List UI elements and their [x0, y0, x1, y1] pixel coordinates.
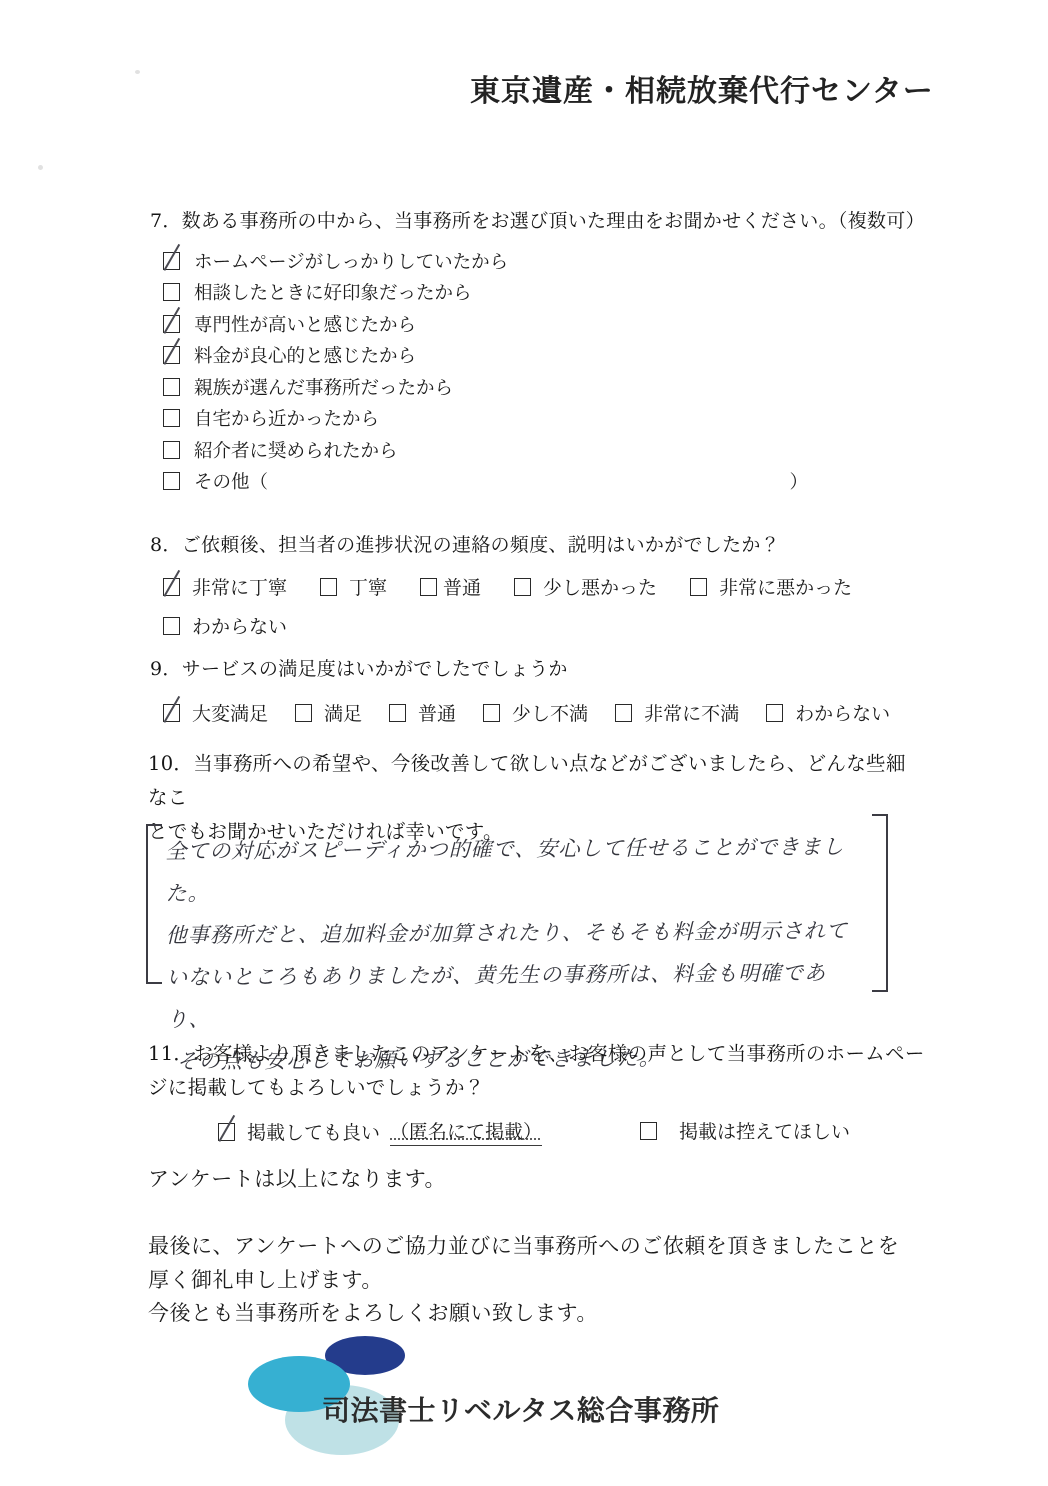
question-8-heading: 8．ご依頼後、担当者の進捗状況の連絡の頻度、説明はいかがでしたか？ [150, 528, 930, 562]
office-logo: 司法書士リベルタス総合事務所 [240, 1328, 800, 1468]
q8-option-1-label: 非常に丁寧 [192, 573, 287, 600]
q7-option-3: 専門性が高いと感じたから [163, 308, 920, 340]
q7-option-other-label: その他（ [194, 468, 268, 494]
q8-checkbox-somewhat-bad[interactable] [514, 578, 531, 596]
q7-option-3-label: 専門性が高いと感じたから [194, 311, 416, 337]
q9-checkbox-somewhat-unsatisfied[interactable] [483, 704, 500, 722]
q11-option-allow-label: 掲載しても良い [247, 1118, 380, 1145]
q8-option-6-label: わからない [192, 612, 287, 639]
q8-option-5: 非常に悪かった [690, 573, 852, 600]
q7-option-7-label: 紹介者に奨められたから [194, 437, 398, 463]
q8-option-5-label: 非常に悪かった [719, 573, 852, 600]
q9-checkbox-very-satisfied[interactable] [163, 704, 180, 722]
q7-checkbox-recommended[interactable] [163, 441, 180, 459]
q7-checkbox-fair-price[interactable] [163, 346, 180, 364]
office-name: 司法書士リベルタス総合事務所 [322, 1389, 719, 1429]
closing-line-4: 今後とも当事務所をよろしくお願い致します。 [148, 1297, 928, 1331]
q9-option-5: 非常に不満 [615, 699, 739, 726]
q9-checkbox-satisfied[interactable] [295, 704, 312, 722]
q7-checkbox-near-home[interactable] [163, 409, 180, 427]
q9-option-4: 少し不満 [483, 699, 588, 726]
q8-checkbox-very-polite[interactable] [163, 578, 180, 596]
q11-option-allow: 掲載しても良い （匿名にて掲載） [218, 1117, 542, 1146]
q9-checkbox-average[interactable] [389, 704, 406, 722]
comment-bracket-right [872, 814, 888, 992]
q8-option-2-label: 丁寧 [349, 573, 387, 600]
q9-checkbox-very-unsatisfied[interactable] [615, 704, 632, 722]
q7-option-7: 紹介者に奨められたから [163, 434, 920, 466]
q9-option-5-label: 非常に不満 [644, 699, 739, 726]
question-10-heading-line1: 10．当事務所への希望や、今後改善して欲しい点などがございましたら、どんな些細な… [148, 747, 923, 815]
q7-checkbox-family-choice[interactable] [163, 378, 180, 396]
q9-option-2: 満足 [295, 699, 362, 726]
q8-checkbox-unknown[interactable] [163, 617, 180, 635]
scan-speck [38, 165, 43, 170]
handwritten-line-3: いないところもありましたが、黄先生の事務所は、料金も明確であり、 [166, 952, 867, 1041]
question-11-heading-line1: 11．お客様より頂きましたこのアンケートを、お客様の声として当事務所のホームペー [148, 1037, 933, 1071]
q8-option-1: 非常に丁寧 [163, 573, 287, 600]
q11-anonymous-note: （匿名にて掲載） [390, 1117, 542, 1146]
q8-option-3: 普通 [420, 573, 481, 600]
q7-checkbox-good-impression[interactable] [163, 283, 180, 301]
question-9: 9．サービスの満足度はいかがでしたでしょうか 大変満足 満足 普通 少し不満 非… [150, 652, 930, 726]
q7-option-2-label: 相談したときに好印象だったから [194, 279, 472, 305]
question-9-heading: 9．サービスの満足度はいかがでしたでしょうか [150, 652, 930, 686]
q9-option-3: 普通 [389, 699, 456, 726]
comment-bracket-left [146, 824, 162, 984]
q8-option-6: わからない [163, 612, 287, 639]
q11-checkbox-allow-publication[interactable] [218, 1123, 235, 1141]
handwritten-comment: 全ての対応がスピーディかつ的確で、安心して任せることができました。 他事務所だと… [146, 814, 888, 994]
closing-line-1: アンケートは以上になります。 [148, 1163, 446, 1193]
question-11-heading-line2: ジに掲載してもよろしいでしょうか？ [148, 1071, 933, 1105]
q8-option-4: 少し悪かった [514, 573, 657, 600]
handwritten-line-1: 全ての対応がスピーディかつ的確で、安心して任せることができました。 [165, 826, 866, 915]
q9-option-1: 大変満足 [163, 699, 268, 726]
q7-option-5: 親族が選んだ事務所だったから [163, 371, 920, 403]
q8-option-2: 丁寧 [320, 573, 387, 600]
q8-option-4-label: 少し悪かった [543, 573, 657, 600]
q7-checkbox-other[interactable] [163, 472, 180, 490]
q7-checkbox-expertise[interactable] [163, 315, 180, 333]
q9-option-6-label: わからない [795, 699, 890, 726]
q7-option-6-label: 自宅から近かったから [194, 405, 379, 431]
q8-option-3-label: 普通 [443, 573, 481, 600]
scanned-survey-page: 東京遺産・相続放棄代行センター 7．数ある事務所の中から、当事務所をお選び頂いた… [0, 0, 1048, 1486]
q7-option-6: 自宅から近かったから [163, 403, 920, 435]
q7-option-1-label: ホームページがしっかりしていたから [194, 248, 508, 274]
q9-option-3-label: 普通 [418, 699, 456, 726]
q7-option-other: その他（ ） [163, 466, 808, 498]
q9-checkbox-unknown[interactable] [766, 704, 783, 722]
document-title: 東京遺産・相続放棄代行センター [470, 66, 934, 110]
q8-checkbox-average[interactable] [420, 578, 437, 596]
question-7: 7．数ある事務所の中から、当事務所をお選び頂いた理由をお聞かせください。（複数可… [150, 204, 920, 497]
q11-option-decline: 掲載は控えてほしい [640, 1117, 850, 1144]
question-11: 11．お客様より頂きましたこのアンケートを、お客様の声として当事務所のホームペー… [148, 1037, 933, 1151]
q7-option-2: 相談したときに好印象だったから [163, 277, 920, 309]
q9-option-2-label: 満足 [324, 699, 362, 726]
q11-checkbox-decline-publication[interactable] [640, 1122, 657, 1140]
question-8: 8．ご依頼後、担当者の進捗状況の連絡の頻度、説明はいかがでしたか？ 非常に丁寧 … [150, 528, 930, 639]
q11-option-decline-label: 掲載は控えてほしい [679, 1117, 850, 1144]
q7-option-4-label: 料金が良心的と感じたから [194, 342, 416, 368]
scan-speck [135, 70, 140, 74]
handwritten-line-2: 他事務所だと、追加料金が加算されたり、そもそも料金が明示されて [166, 910, 866, 957]
q8-checkbox-polite[interactable] [320, 578, 337, 596]
question-7-heading: 7．数ある事務所の中から、当事務所をお選び頂いた理由をお聞かせください。（複数可… [150, 204, 920, 238]
closing-line-3: 厚く御礼申し上げます。 [148, 1264, 928, 1298]
q9-option-6: わからない [766, 699, 890, 726]
q7-option-4: 料金が良心的と感じたから [163, 340, 920, 372]
q7-option-5-label: 親族が選んだ事務所だったから [194, 374, 453, 400]
q8-checkbox-very-bad[interactable] [690, 578, 707, 596]
q7-option-1: ホームページがしっかりしていたから [163, 245, 920, 277]
closing-line-2: 最後に、アンケートへのご協力並びに当事務所へのご依頼を頂きましたことを [148, 1230, 928, 1264]
closing-paragraph: 最後に、アンケートへのご協力並びに当事務所へのご依頼を頂きましたことを 厚く御礼… [148, 1230, 928, 1331]
q7-other-paren-close: ） [789, 468, 808, 494]
q7-checkbox-homepage[interactable] [163, 252, 180, 270]
q9-option-4-label: 少し不満 [512, 699, 588, 726]
q9-option-1-label: 大変満足 [192, 699, 268, 726]
